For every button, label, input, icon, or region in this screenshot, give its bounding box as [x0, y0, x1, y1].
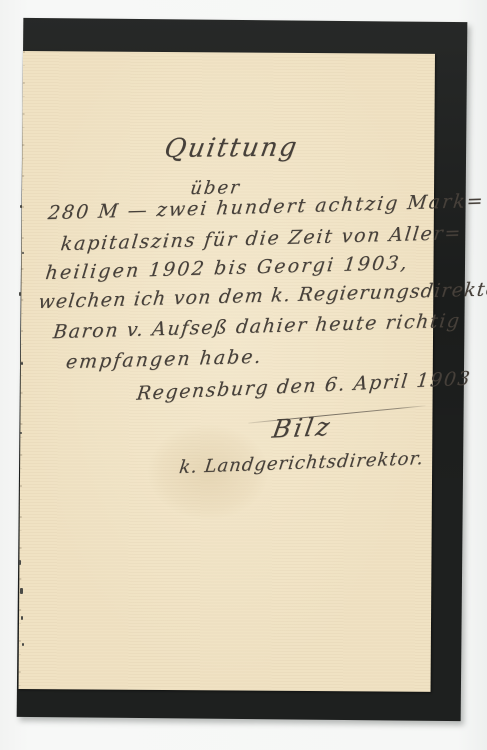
torn-edge-speck: [21, 362, 23, 365]
receipt-document: Quittung über 280 M — zwei hundert achtz…: [19, 51, 435, 692]
scanner-background: Quittung über 280 M — zwei hundert achtz…: [0, 0, 487, 750]
body-line-4: welchen ich von dem k. Regierungsdirekto…: [37, 278, 487, 313]
torn-edge-speck: [20, 432, 22, 434]
body-line-5: Baron v. Aufseß dahier heute richtig: [52, 310, 462, 343]
torn-edge-speck: [20, 588, 23, 594]
place-date-line: Regensburg den 6. April 1903: [136, 367, 473, 404]
body-line-2: kapitalszins für die Zeit von Aller=: [60, 222, 464, 255]
document-title: Quittung: [162, 133, 300, 164]
torn-edge-speck: [22, 643, 24, 646]
torn-edge-speck: [21, 616, 23, 620]
document-subtitle: über: [189, 177, 242, 199]
body-line-1: 280 M — zwei hundert achtzig Mark=: [47, 190, 486, 224]
body-line-3: heiligen 1902 bis Georgi 1903,: [44, 252, 410, 284]
torn-edge-speck: [22, 252, 24, 254]
torn-edge-speck: [19, 560, 21, 565]
signature: Bilz: [270, 412, 334, 444]
torn-edge-speck: [20, 205, 22, 208]
torn-edge-speck: [19, 292, 21, 296]
body-line-6: empfangen habe.: [65, 346, 264, 374]
